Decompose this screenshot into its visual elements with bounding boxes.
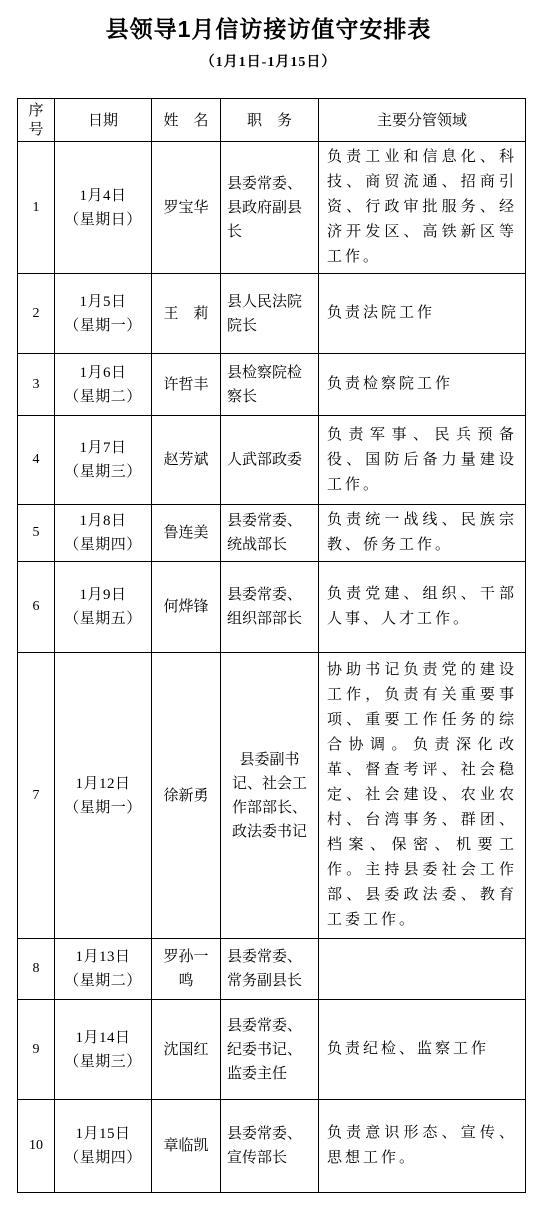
duty-schedule-table: 序号 日期 姓 名 职 务 主要分管领域 1 1月4日 （星期日） 罗宝华 县委… [17,98,526,1193]
seq-cell: 10 [18,1100,55,1193]
name-cell: 王 莉 [152,274,221,354]
name-cell: 沈国红 [152,1000,221,1100]
table-row: 10 1月15日 （星期四） 章临凯 县委常委、宣传部长 负责意识形态、宣传、思… [18,1100,526,1193]
date-line-2: （星期日） [61,208,145,232]
table-row: 9 1月14日 （星期三） 沈国红 县委常委、纪委书记、监委主任 负责纪检、监察… [18,1000,526,1100]
date-line-2: （星期三） [61,1050,145,1074]
table-row: 4 1月7日 （星期三） 赵芳斌 人武部政委 负责军事、民兵预备役、国防后备力量… [18,416,526,505]
date-cell: 1月9日 （星期五） [55,562,152,653]
position-cell: 县委常委、宣传部长 [221,1100,319,1193]
date-line-1: 1月14日 [61,1026,145,1050]
name-cell: 赵芳斌 [152,416,221,505]
table-row: 5 1月8日 （星期四） 鲁连美 县委常委、统战部长 负责统一战线、民族宗教、侨… [18,505,526,562]
name-cell: 徐新勇 [152,653,221,939]
date-line-1: 1月7日 [61,436,145,460]
name-cell: 何烨锋 [152,562,221,653]
page-subtitle: （1月1日-1月15日） [0,51,537,71]
position-cell: 县人民法院院长 [221,274,319,354]
duty-cell: 负责统一战线、民族宗教、侨务工作。 [319,505,526,562]
position-cell: 县委副书记、社会工作部部长、政法委书记 [221,653,319,939]
name-cell: 许哲丰 [152,354,221,416]
table-row: 7 1月12日 （星期一） 徐新勇 县委副书记、社会工作部部长、政法委书记 协助… [18,653,526,939]
position-cell: 县检察院检察长 [221,354,319,416]
position-cell: 人武部政委 [221,416,319,505]
date-cell: 1月8日 （星期四） [55,505,152,562]
date-cell: 1月7日 （星期三） [55,416,152,505]
seq-cell: 4 [18,416,55,505]
table-row: 2 1月5日 （星期一） 王 莉 县人民法院院长 负责法院工作 [18,274,526,354]
seq-cell: 3 [18,354,55,416]
col-header-no: 序号 [18,99,55,142]
col-header-duty: 主要分管领域 [319,99,526,142]
position-cell: 县委常委、组织部部长 [221,562,319,653]
seq-cell: 5 [18,505,55,562]
position-cell: 县委常委、县政府副县长 [221,142,319,274]
duty-cell: 负责法院工作 [319,274,526,354]
date-line-1: 1月12日 [61,772,145,796]
date-line-2: （星期二） [61,385,145,409]
col-header-position: 职 务 [221,99,319,142]
table-row: 1 1月4日 （星期日） 罗宝华 县委常委、县政府副县长 负责工业和信息化、科技… [18,142,526,274]
date-line-1: 1月13日 [61,945,145,969]
date-line-2: （星期三） [61,460,145,484]
date-cell: 1月13日 （星期二） [55,939,152,1000]
duty-cell: 协助书记负责党的建设工作，负责有关重要事项、重要工作任务的综合协调。负责深化改革… [319,653,526,939]
col-header-name: 姓 名 [152,99,221,142]
name-cell: 罗孙一鸣 [152,939,221,1000]
date-cell: 1月12日 （星期一） [55,653,152,939]
seq-cell: 6 [18,562,55,653]
date-line-1: 1月6日 [61,361,145,385]
date-line-1: 1月4日 [61,184,145,208]
date-cell: 1月14日 （星期三） [55,1000,152,1100]
date-line-1: 1月9日 [61,583,145,607]
date-line-2: （星期五） [61,607,145,631]
duty-cell: 负责纪检、监察工作 [319,1000,526,1100]
date-line-1: 1月15日 [61,1122,145,1146]
duty-cell: 负责意识形态、宣传、思想工作。 [319,1100,526,1193]
duty-cell: 负责检察院工作 [319,354,526,416]
position-cell: 县委常委、纪委书记、监委主任 [221,1000,319,1100]
position-cell: 县委常委、统战部长 [221,505,319,562]
seq-cell: 7 [18,653,55,939]
date-line-2: （星期一） [61,314,145,338]
table-row: 6 1月9日 （星期五） 何烨锋 县委常委、组织部部长 负责党建、组织、干部人事… [18,562,526,653]
table-row: 8 1月13日 （星期二） 罗孙一鸣 县委常委、常务副县长 [18,939,526,1000]
date-cell: 1月5日 （星期一） [55,274,152,354]
date-line-2: （星期二） [61,969,145,993]
seq-cell: 2 [18,274,55,354]
duty-cell: 负责工业和信息化、科技、商贸流通、招商引资、行政审批服务、经济开发区、高铁新区等… [319,142,526,274]
date-cell: 1月4日 （星期日） [55,142,152,274]
page-title: 县领导1月信访接访值守安排表 [0,0,537,44]
col-header-date: 日期 [55,99,152,142]
duty-cell: 负责军事、民兵预备役、国防后备力量建设工作。 [319,416,526,505]
seq-cell: 1 [18,142,55,274]
date-line-2: （星期四） [61,533,145,557]
seq-cell: 8 [18,939,55,1000]
date-line-1: 1月5日 [61,290,145,314]
table-row: 3 1月6日 （星期二） 许哲丰 县检察院检察长 负责检察院工作 [18,354,526,416]
duty-cell: 负责党建、组织、干部人事、人才工作。 [319,562,526,653]
date-line-2: （星期四） [61,1146,145,1170]
header-row: 序号 日期 姓 名 职 务 主要分管领域 [18,99,526,142]
date-cell: 1月15日 （星期四） [55,1100,152,1193]
date-cell: 1月6日 （星期二） [55,354,152,416]
date-line-2: （星期一） [61,796,145,820]
name-cell: 章临凯 [152,1100,221,1193]
date-line-1: 1月8日 [61,509,145,533]
duty-cell [319,939,526,1000]
position-cell: 县委常委、常务副县长 [221,939,319,1000]
seq-cell: 9 [18,1000,55,1100]
name-cell: 鲁连美 [152,505,221,562]
name-cell: 罗宝华 [152,142,221,274]
